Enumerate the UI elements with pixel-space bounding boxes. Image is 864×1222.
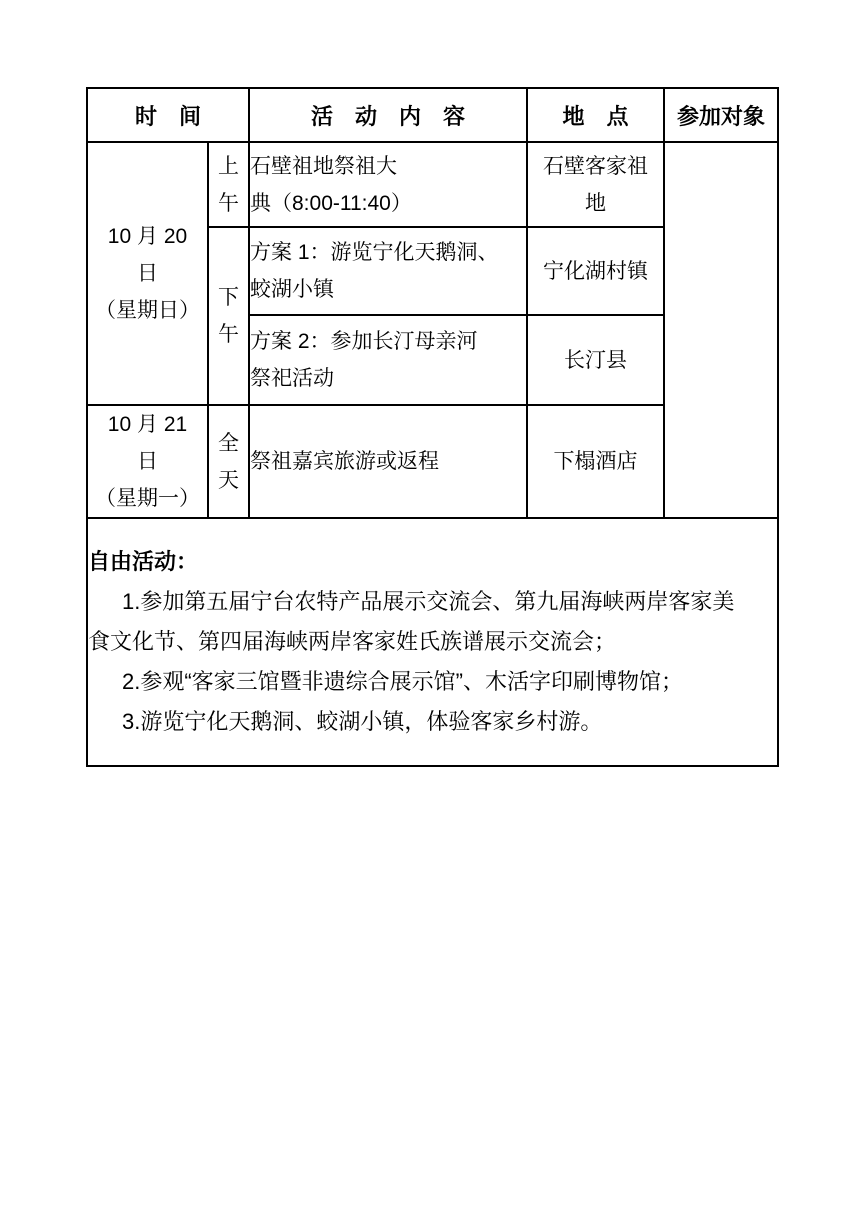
cell-activity-return: 祭祖嘉宾旅游或返程	[249, 405, 527, 518]
header-time-cell: 时 间	[87, 88, 249, 142]
header-activity-cell: 活 动 内 容	[249, 88, 527, 142]
cell-location-ninghua: 宁化湖村镇	[527, 227, 664, 315]
cell-location-changting: 长汀县	[527, 315, 664, 405]
cell-activity-ceremony: 石壁祖地祭祖大 典（8:00-11:40）	[249, 142, 527, 227]
document-page: 时 间 活 动 内 容 地 点 参加对象 10 月 20 日 （星期日） 上 午…	[0, 0, 864, 1222]
free-activities-title: 自由活动：	[88, 542, 777, 582]
cell-period-allday: 全 天	[208, 405, 249, 518]
free-activities-section: 自由活动： 1.参加第五届宁台农特产品展示交流会、第九届海峡两岸客家美 食文化节…	[87, 518, 778, 766]
cell-period-afternoon: 下 午	[208, 227, 249, 405]
header-participants-cell: 参加对象	[664, 88, 778, 142]
cell-activity-plan1: 方案 1：游览宁化天鹅洞、 蛟湖小镇	[249, 227, 527, 315]
free-activity-item-2: 2.参观“客家三馆暨非遗综合展示馆”、木活字印刷博物馆；	[88, 662, 777, 702]
cell-date-oct20: 10 月 20 日 （星期日）	[87, 142, 208, 405]
table-header-row: 时 间 活 动 内 容 地 点 参加对象	[87, 88, 778, 142]
cell-date-oct21: 10 月 21 日 （星期一）	[87, 405, 208, 518]
cell-activity-plan2: 方案 2：参加长汀母亲河 祭祀活动	[249, 315, 527, 405]
schedule-table: 时 间 活 动 内 容 地 点 参加对象 10 月 20 日 （星期日） 上 午…	[86, 87, 779, 767]
cell-participants	[664, 142, 778, 518]
free-activities-row: 自由活动： 1.参加第五届宁台农特产品展示交流会、第九届海峡两岸客家美 食文化节…	[87, 518, 778, 766]
cell-location-hotel: 下榻酒店	[527, 405, 664, 518]
cell-period-morning: 上 午	[208, 142, 249, 227]
free-activity-item-1: 1.参加第五届宁台农特产品展示交流会、第九届海峡两岸客家美 食文化节、第四届海峡…	[88, 582, 777, 662]
table-row: 10 月 20 日 （星期日） 上 午 石壁祖地祭祖大 典（8:00-11:40…	[87, 142, 778, 227]
header-location-cell: 地 点	[527, 88, 664, 142]
free-activity-item-3: 3.游览宁化天鹅洞、蛟湖小镇，体验客家乡村游。	[88, 702, 777, 742]
cell-location-shibi: 石壁客家祖 地	[527, 142, 664, 227]
